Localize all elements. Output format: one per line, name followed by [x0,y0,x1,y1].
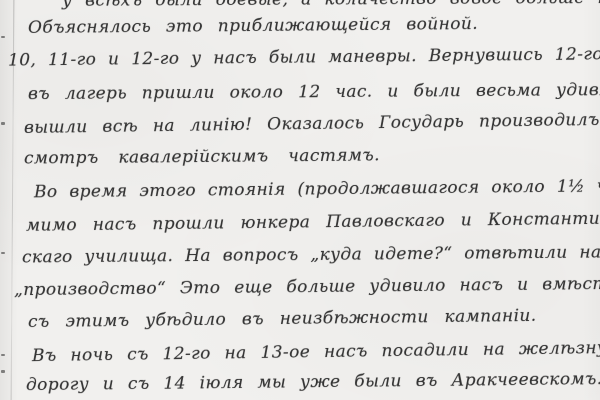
handwriting-line: дорогу и съ 14 іюля мы уже были въ Аракч… [26,371,600,394]
handwriting-line: вышли всѣ на линію! Оказалось Государь п… [24,112,600,137]
handwriting-line: скаго училища. На вопросъ „куда идете?“ … [22,244,600,266]
paper-edge-mark [1,122,5,125]
manuscript-page: у всѣхъ были боевые, а количество вдвое … [0,0,600,400]
paper-edge-mark [1,370,5,373]
handwriting-line: „производство“ Это еще больше удивило на… [14,276,600,299]
paper-edge-mark [1,252,5,254]
paper-edge-mark [1,36,5,38]
handwriting-line: у всѣхъ были боевые, а количество вдвое … [62,0,600,10]
handwriting-line: смотръ кавалерійскимъ частямъ. [24,147,380,167]
handwriting-line: въ лагерь пришли около 12 час. и были ве… [28,82,600,103]
paper-edge-mark [1,354,5,356]
handwriting-line: Объяснялось это приближающейся войной. [28,16,478,37]
handwriting-line: 10, 11-го и 12-го у насъ были маневры. В… [8,45,600,69]
handwriting-line: мимо насъ прошли юнкера Павловскаго и Ко… [26,210,600,235]
handwriting-line: Въ ночь съ 12-го на 13-ое насъ посадили … [32,340,600,365]
handwriting-line: съ этимъ убѣдило въ неизбѣжности кампані… [28,308,537,331]
handwriting-line: Во время этого стоянія (продолжавшагося … [34,178,600,202]
